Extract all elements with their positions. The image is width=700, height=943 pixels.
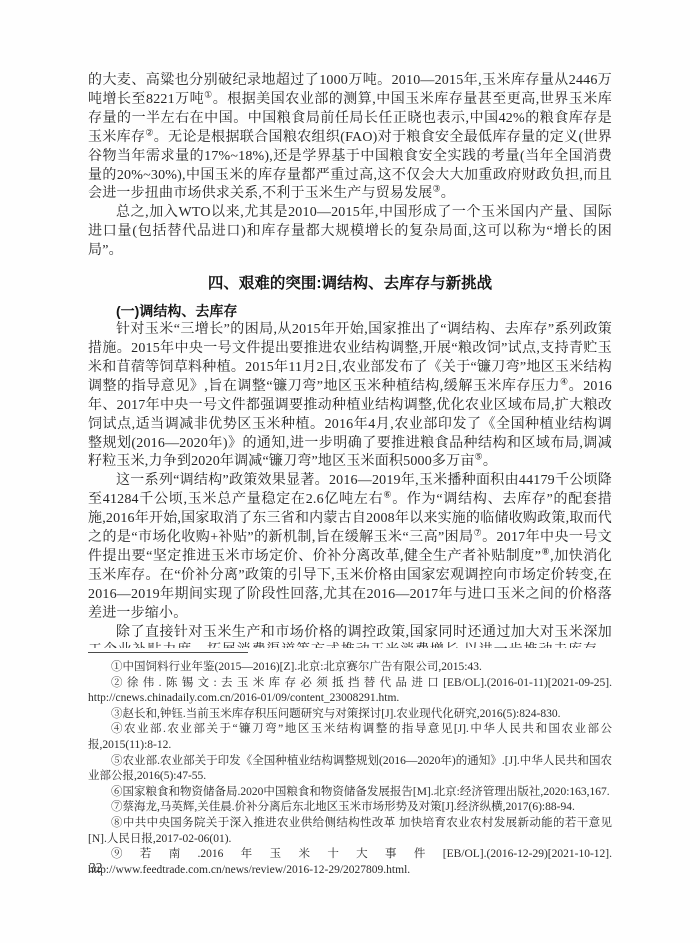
body-paragraph: 的大麦、高粱也分别破纪录地超过了1000万吨。2010—2015年,玉米库存量从… [88,72,612,204]
footnote-item: ⑤农业部.农业部关于印发《全国种植业结构调整规划(2016—2020年)的通知》… [88,754,612,785]
footnote-marker: ① [204,89,213,99]
body-paragraph: 总之,加入WTO以来,尤其是2010—2015年,中国形成了一个玉米国内产量、国… [88,204,612,261]
footnote-item: ⑦蔡海龙,马英辉,关佳晨.价补分离后东北地区玉米市场形势及对策[J].经济纵横,… [88,800,612,816]
footnote-marker: ③ [433,184,441,194]
footnote-item: ①中国饲料行业年鉴(2015—2016)[Z].北京:北京赛尔广告有限公司,20… [88,660,612,676]
body-paragraph: 针对玉米“三增长”的困局,从2015年开始,国家推出了“调结构、去库存”系列政策… [88,321,612,472]
footnote-item: ④农业部.农业部关于“镰刀弯”地区玉米结构调整的指导意见[J].中华人民共和国农… [88,722,612,753]
footnote-marker: ④ [560,376,569,386]
footnote-item: ⑥国家粮食和物资储备局.2020中国粮食和物资储备发展报告[M].北京:经济管理… [88,785,612,801]
footnote-item: ⑧中共中央国务院关于深入推进农业供给侧结构性改革 加快培育农业农村发展新动能的若… [88,816,612,847]
section-heading: 四、艰难的突围:调结构、去库存与新挑战 [88,273,612,294]
footnotes-section: ①中国饲料行业年鉴(2015—2016)[Z].北京:北京赛尔广告有限公司,20… [88,648,612,860]
footnote-marker: ⑦ [474,527,483,537]
subsection-heading: (一)调结构、去库存 [88,302,612,321]
footnote-marker: ② [145,127,153,137]
footnote-item: ⑨若南.2016年玉米十大事件[EB/OL].(2016-12-29)[2021… [88,847,612,878]
footnote-marker: ⑧ [541,546,550,556]
footnote-marker: ⑥ [383,490,392,500]
document-page: 的大麦、高粱也分别破纪录地超过了1000万吨。2010—2015年,玉米库存量从… [0,0,700,943]
page-number: 32 [89,860,103,876]
footnote-item: ②徐伟.陈锡文:去玉米库存必须抵挡替代品进口[EB/OL].(2016-01-1… [88,676,612,707]
footnote-divider [88,652,248,653]
footnote-marker: ⑤ [475,452,483,462]
footnote-item: ③赵长和,钟钰.当前玉米库存积压问题研究与对策探讨[J].农业现代化研究,201… [88,707,612,723]
body-paragraph: 这一系列“调结构”政策效果显著。2016—2019年,玉米播种面积由44179千… [88,472,612,623]
